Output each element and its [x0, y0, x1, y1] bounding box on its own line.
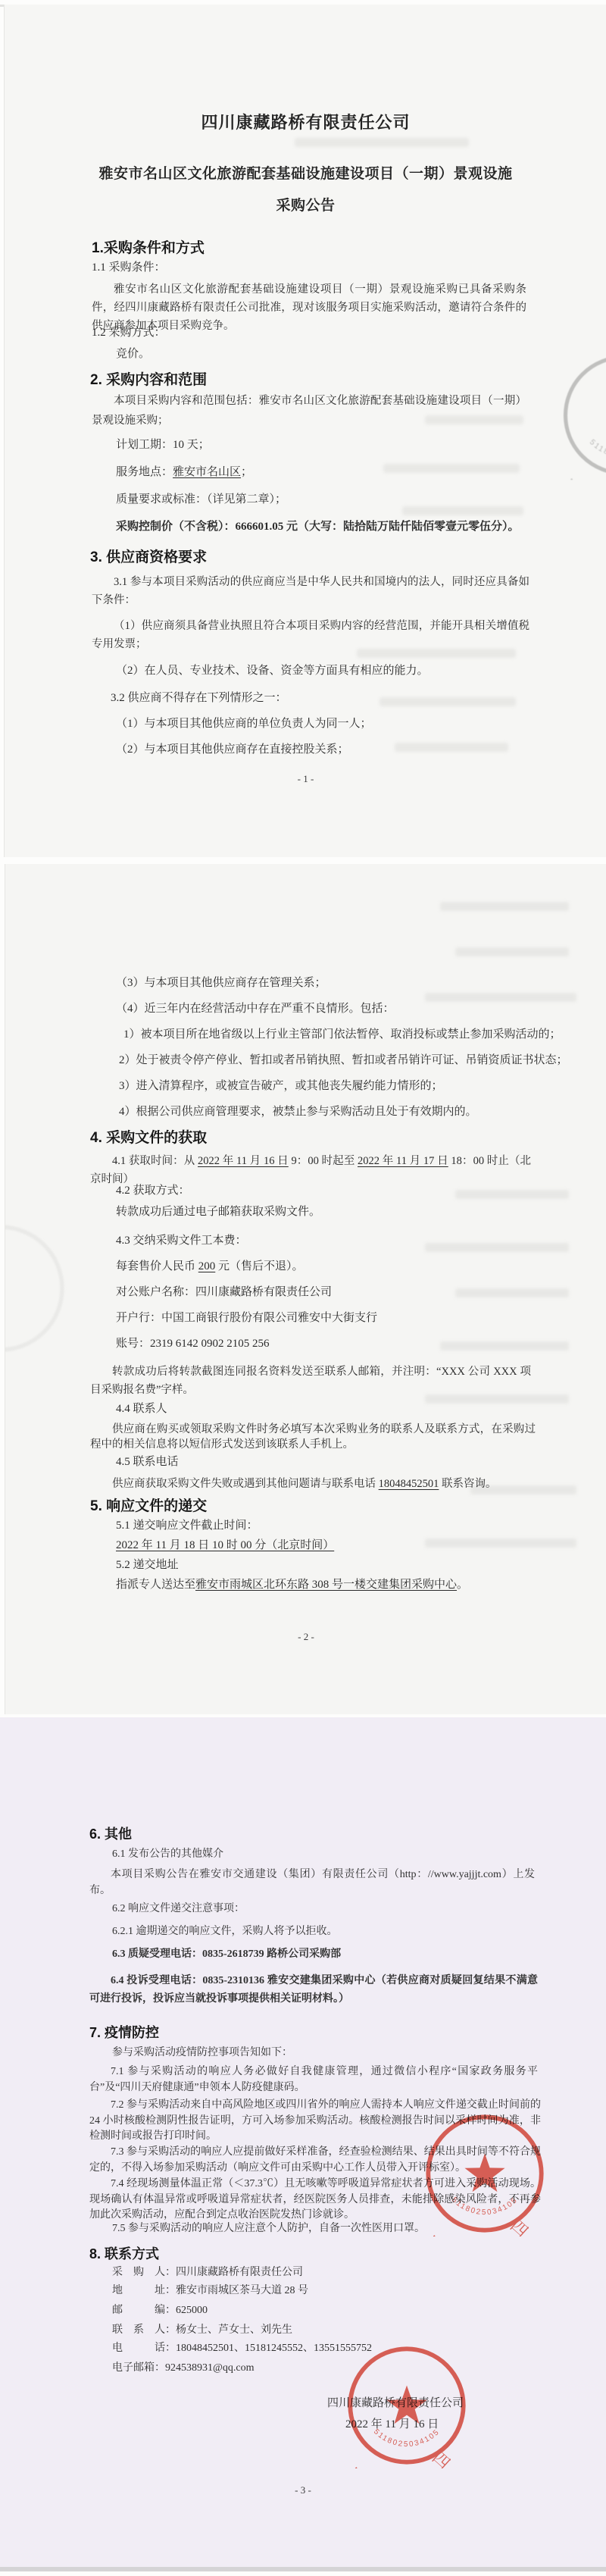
bleed-through-smudge — [455, 1288, 569, 1297]
para-7-0: 参与采购活动疫情防控事项告知如下： — [112, 2046, 292, 2060]
service-location-label: 服务地点： — [116, 466, 173, 478]
item-3-2-4: （4）近三年内在经营活动中存在严重不良情形。包括： — [116, 1002, 395, 1016]
contact-email: 电子邮箱：924538931@qq.com — [112, 2362, 255, 2375]
scan-bottom-edge — [0, 2567, 606, 2571]
para-7-3: 7.3 参与采购活动的响应人应提前做好采样准备，经查验检测结果、结果出具时间等不… — [89, 2145, 541, 2176]
contact-address: 地 址：雅安市雨城区茶马大道 28 号 — [112, 2284, 308, 2298]
bleed-through-smudge — [402, 506, 523, 515]
page-number-1: - 1 - — [5, 773, 606, 785]
t-4-1-date2: 2022 年 11 月 17 日 — [358, 1155, 448, 1167]
svg-text:四川康藏路桥有限责任公司: 四川康藏路桥有限责任公司 — [344, 2448, 469, 2468]
t-4-5-post: 联系咨询。 — [439, 1478, 496, 1490]
section-1-heading: 1.采购条件和方式 — [92, 236, 205, 257]
text-4-2: 转款成功后通过电子邮箱获取采购文件。 — [116, 1205, 320, 1219]
para-2: 本项目采购内容和范围包括：雅安市名山区文化旅游配套基础设施建设项目（一期）景观设… — [92, 391, 526, 430]
page-number-2: - 2 - — [5, 1631, 606, 1643]
scanned-procurement-notice: { "page1": { "company_title": "四川康藏路桥有限责… — [0, 5, 606, 2576]
bleed-through-smudge — [455, 947, 569, 956]
svg-text:5118025034105: 5118025034105 — [588, 438, 606, 459]
bleed-through-smudge — [440, 902, 569, 911]
contact-phone: 电 话：18048452501、15181245552、13551555752 — [112, 2342, 372, 2355]
bleed-through-smudge — [295, 138, 469, 147]
bad-condition-4: 4）根据公司供应商管理要求，被禁止参与采购活动且处于有效期内的。 — [119, 1105, 477, 1119]
bleed-through-smudge — [383, 464, 520, 473]
para-4-1: 4.1 获取时间：从 2022 年 11 月 16 日 9：00 时起至 202… — [90, 1152, 531, 1188]
page-2: （3）与本项目其他供应商存在管理关系； （4）近三年内在经营活动中存在严重不良情… — [5, 864, 606, 1714]
section-5-heading: 5. 响应文件的递交 — [90, 1495, 207, 1515]
quality-requirement: 质量要求或标准：（详见第二章）； — [116, 493, 286, 507]
item-1-1: 1.1 采购条件： — [92, 261, 166, 275]
item-3-1-2: （2）在人员、专业技术、设备、资金等方面具有相应的能力。 — [116, 664, 429, 678]
contact-buyer: 采 购 人：四川康藏路桥有限责任公司 — [112, 2266, 303, 2280]
section-6-heading: 6. 其他 — [89, 1823, 132, 1843]
item-3-2-2: （2）与本项目其他供应商存在直接控股关系； — [116, 743, 349, 757]
bleed-through-smudge — [425, 993, 576, 1002]
account-name: 对公账户名称：四川康藏路桥有限责任公司 — [116, 1285, 332, 1300]
addr-post: 。 — [457, 1579, 468, 1591]
addr-value: 雅安市雨城区北环东路 308 号一楼交建集团采购中心 — [195, 1579, 457, 1591]
item-3-2-3: （3）与本项目其他供应商存在管理关系； — [116, 976, 326, 991]
para-7-5: 7.5 参与采购活动的响应人应注意个人防护，自备一次性医用口罩。 — [112, 2222, 425, 2236]
service-location-value: 雅安市名山区 — [173, 466, 241, 478]
service-location: 服务地点：雅安市名山区； — [116, 465, 252, 480]
section-4-heading: 4. 采购文件的获取 — [90, 1126, 207, 1147]
value-1-2: 竞价。 — [116, 347, 150, 362]
section-2-heading: 2. 采购内容和范围 — [90, 368, 207, 389]
remit-note: 转款成功后将转款截图连同报名资料发送至联系人邮箱，并注明：“XXX 公司 XXX… — [90, 1363, 531, 1399]
item-6-2-1: 6.2.1 逾期递交的响应文件，采购人将予以拒收。 — [112, 1925, 338, 1939]
para-4-5: 供应商获取采购文件失败或遇到其他问题请与联系电话 18048452501 联系咨… — [90, 1475, 531, 1493]
page-number-3: - 3 - — [0, 2484, 606, 2496]
item-4-5: 4.5 联系电话 — [116, 1455, 179, 1470]
item-3-2-1: （1）与本项目其他供应商的单位负责人为同一人； — [116, 717, 372, 731]
item-5-1: 5.1 递交响应文件截止时间： — [116, 1519, 258, 1533]
para-7-1: 7.1 参与采购活动的响应人务必做好自我健康管理，通过微信小程序“国家政务服务平… — [89, 2064, 538, 2096]
item-5-2: 5.2 递交地址 — [116, 1558, 179, 1573]
bleed-through-smudge — [395, 743, 508, 752]
item-6-2: 6.2 响应文件递交注意事项： — [112, 1902, 245, 1916]
section-3-heading: 3. 供应商资格要求 — [90, 546, 207, 566]
bad-condition-1: 1）被本项目所在地省级以上行业主管部门依法暂停、取消投标或禁止参加采购活动的； — [123, 1028, 561, 1042]
bank-name: 开户行：中国工商银行股份有限公司雅安中大街支行 — [116, 1311, 377, 1326]
account-number: 账号：2319 6142 0902 2105 256 — [116, 1337, 270, 1351]
contact-zip: 邮 编：625000 — [112, 2304, 208, 2318]
control-price: 采购控制价（不含税）：666601.05 元（大写：陆拾陆万陆仟陆佰零壹元零伍分… — [116, 520, 520, 534]
item-6-4: 6.4 投诉受理电话：0835-2310136 雅安交建集团采购中心（若供应商对… — [89, 1972, 538, 2008]
faint-seal-bleed-through — [5, 1220, 69, 1357]
section-7-heading: 7. 疫情防控 — [89, 2022, 159, 2042]
para-7-2: 7.2 参与采购活动来自中高风险地区或四川省外的响应人需持本人响应文件递交截止时… — [89, 2098, 541, 2145]
submission-deadline: 2022 年 11 月 18 日 10 时 00 分（北京时间） — [116, 1538, 334, 1553]
service-location-suffix: ； — [241, 466, 252, 478]
para-6-1: 本项目采购公告在雅安市交通建设（集团）有限责任公司（http：//www.yaj… — [89, 1867, 535, 1898]
signature-company: 四川康藏路桥有限责任公司 — [327, 2396, 464, 2411]
item-6-1: 6.1 发布公告的其他媒介 — [112, 1848, 223, 1861]
page-1: 四川康藏路桥有限责任公司 雅安市名山区文化旅游配套基础设施建设项目（一期）景观设… — [4, 5, 606, 857]
bleed-through-smudge — [425, 1538, 576, 1548]
item-4-4: 4.4 联系人 — [116, 1402, 167, 1416]
company-seal-bleed-through: 四川康藏路桥有限责任公司 5118025034105 — [559, 351, 606, 480]
item-1-2: 1.2 采购方式： — [92, 326, 166, 340]
bleed-through-smudge — [425, 1243, 569, 1252]
item-6-3: 6.3 质疑受理电话：0835-2618739 路桥公司采购部 — [112, 1948, 341, 1961]
seal-company-text: 四川康藏路桥有限责任公司 — [559, 459, 606, 480]
section-8-heading: 8. 联系方式 — [89, 2243, 159, 2263]
seal-number-text: 5118025034105 — [588, 438, 606, 459]
t-4-1-mid: 9：00 时起至 — [289, 1155, 358, 1167]
project-title: 雅安市名山区文化旅游配套基础设施建设项目（一期）景观设施 — [5, 165, 606, 183]
item-4-3: 4.3 交纳采购文件工本费： — [116, 1234, 247, 1248]
page-3: 6. 其他 6.1 发布公告的其他媒介 本项目采购公告在雅安市交通建设（集团）有… — [0, 1717, 606, 2567]
doc-type-title: 采购公告 — [5, 197, 606, 215]
signature-date: 2022 年 11 月 16 日 — [345, 2418, 439, 2432]
para-3-1: 3.1 参与本项目采购活动的供应商应当是中华人民共和国境内的法人，同时还应具备如… — [92, 573, 529, 609]
para-7-4: 7.4 经现场测量体温正常（＜37.3℃）且无咳嗽等呼吸道异常症状者方可进入采购… — [89, 2177, 541, 2224]
contact-person: 联 系 人：杨女士、芦女士、刘先生 — [112, 2324, 292, 2337]
item-4-2: 4.2 获取方式： — [116, 1184, 190, 1198]
submission-address: 指派专人送达至雅安市雨城区北环东路 308 号一楼交建集团采购中心。 — [116, 1578, 468, 1592]
bleed-through-smudge — [455, 1190, 569, 1199]
para-4-4: 供应商在购买或领取采购文件时务必填写本次采购业务的联系人及联系方式，在采购过程中… — [90, 1422, 536, 1452]
seal-company-text: 四川康藏路桥有限责任公司 — [344, 2448, 469, 2468]
company-title: 四川康藏路桥有限责任公司 — [5, 112, 606, 133]
plan-duration: 计划工期：10 天； — [116, 438, 210, 452]
t-4-3-amount: 200 — [198, 1260, 216, 1272]
svg-text:四川康藏路桥有限责任公司: 四川康藏路桥有限责任公司 — [559, 459, 606, 480]
bad-condition-3: 3）进入清算程序，或被宣告破产，或其他丧失履约能力情形的； — [119, 1079, 443, 1094]
item-3-1-1: （1）供应商须具备营业执照且符合本项目采购内容的经营范围，并能开具相关增值税专用… — [92, 617, 529, 653]
t-4-3-pre: 每套售价人民币 — [116, 1260, 198, 1272]
addr-pre: 指派专人送达至 — [116, 1579, 195, 1591]
t-4-5-phone: 18048452501 — [379, 1478, 439, 1490]
bad-condition-2: 2）处于被责令停产停业、暂扣或者吊销执照、暂扣或者吊销许可证、吊销资质证书状态； — [119, 1053, 568, 1068]
t-4-3-post: 元（售后不退）。 — [215, 1260, 303, 1272]
t-4-1-pre: 4.1 获取时间：从 — [112, 1155, 198, 1167]
t-4-1-date1: 2022 年 11 月 16 日 — [198, 1155, 289, 1167]
bleed-through-smudge — [440, 1341, 569, 1351]
item-3-2: 3.2 供应商不得存在下列情形之一： — [111, 691, 287, 706]
t-4-5-pre: 供应商获取采购文件失败或遇到其他问题请与联系电话 — [112, 1478, 379, 1490]
bleed-through-smudge — [380, 697, 516, 706]
text-4-3-price: 每套售价人民币 200 元（售后不退）。 — [116, 1260, 304, 1274]
